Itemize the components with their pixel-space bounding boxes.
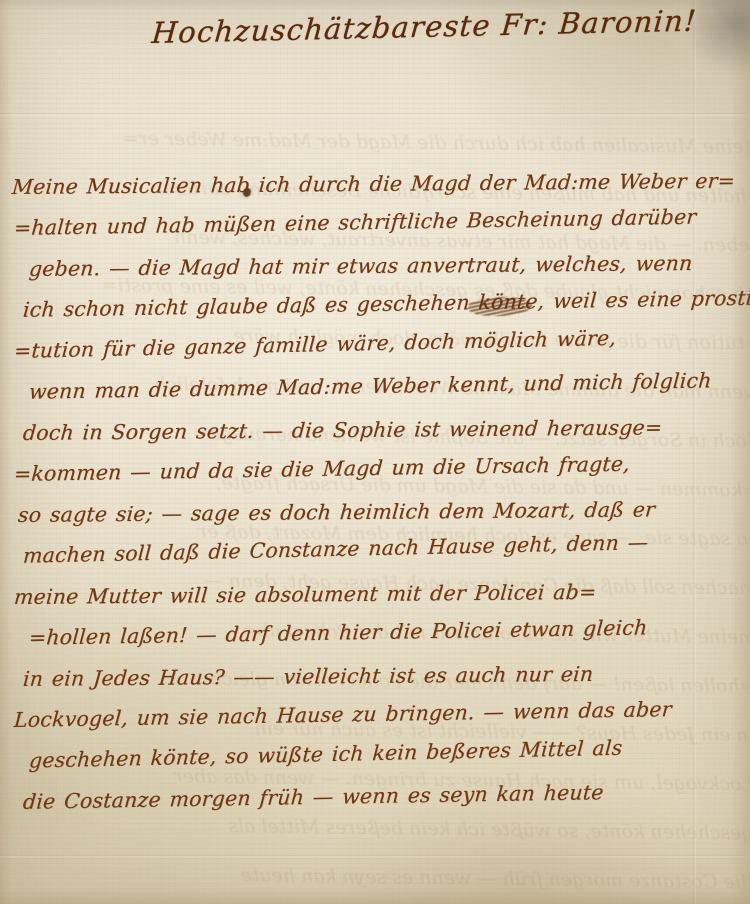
letter-body: Meine Musicalien hab ich durch die Magd … (10, 167, 744, 823)
fold-crease (0, 855, 750, 858)
fold-crease (0, 113, 750, 116)
letter-page: Meine Musicalien hab ich durch die Magd … (0, 0, 750, 904)
letter-salutation: Hochzuschätzbareste Fr: Baronin! (151, 5, 654, 50)
paper-edge (0, 888, 750, 904)
